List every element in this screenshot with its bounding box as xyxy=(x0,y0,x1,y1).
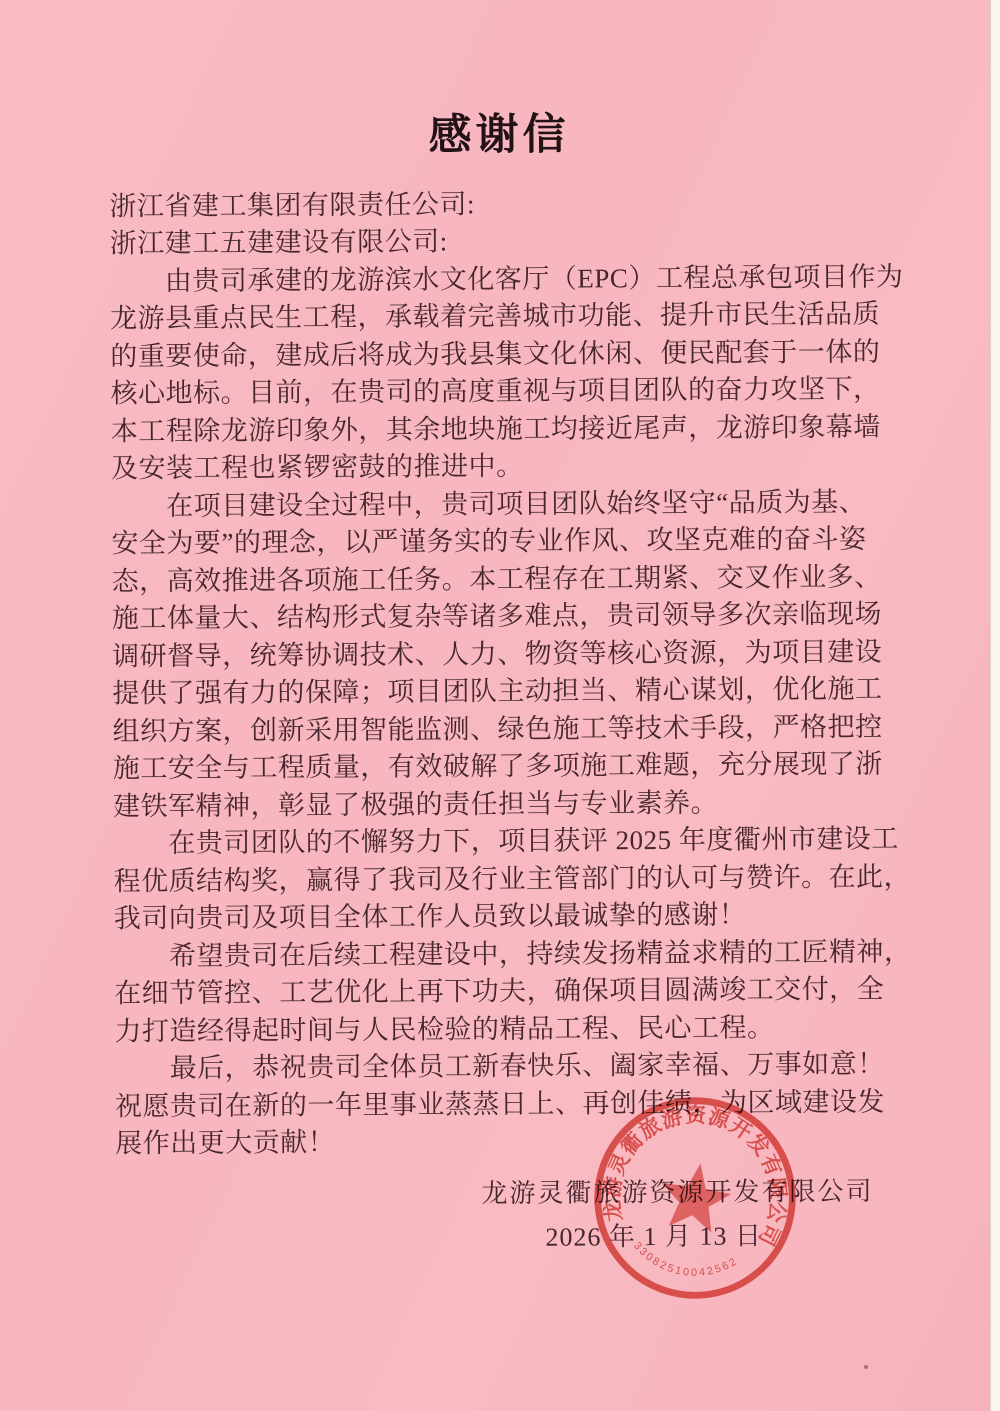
body-line: 及安装工程也紧锣密鼓的推进中。 xyxy=(111,446,891,488)
body-line: 在贵司团队的不懈努力下，项目获评 2025 年度衢州市建设工 xyxy=(113,821,893,863)
body-line: 提供了强有力的保障；项目团队主动担当、精心谋划，优化施工 xyxy=(112,671,892,713)
company-seal: 龙游灵衢旅游资源开发有限公司 33082510042562 xyxy=(573,1076,818,1321)
body-line: 建铁军精神，彰显了极强的责任担当与专业素养。 xyxy=(113,784,893,826)
body-line: 在细节管控、工艺优化上再下功夫，确保项目圆满竣工交付，全 xyxy=(114,971,894,1013)
body-line: 态，高效推进各项施工任务。本工程存在工期紧、交叉作业多、 xyxy=(112,559,892,601)
scan-speck xyxy=(864,1365,868,1369)
addressee-list: 浙江省建工集团有限责任公司:浙江建工五建建设有限公司: xyxy=(109,184,889,264)
letter-content: 感谢信 浙江省建工集团有限责任公司:浙江建工五建建设有限公司: 由贵司承建的龙游… xyxy=(108,0,896,1256)
body-line: 本工程除龙游印象外，其余地块施工均接近尾声，龙游印象幕墙 xyxy=(111,409,891,451)
scan-edge xyxy=(990,0,1000,1411)
body-line: 力打造经得起时间与人民检验的精品工程、民心工程。 xyxy=(114,1009,894,1051)
body-line: 程优质结构奖，赢得了我司及行业主管部门的认可与赞许。在此， xyxy=(113,859,893,901)
body-line: 核心地标。目前，在贵司的高度重视与项目团队的奋力攻坚下， xyxy=(110,371,890,413)
addressee-line: 浙江省建工集团有限责任公司: xyxy=(109,184,889,226)
body-line: 希望贵司在后续工程建设中，持续发扬精益求精的工匠精神， xyxy=(114,934,894,976)
body-line: 最后，恭祝贵司全体员工新春快乐、阖家幸福、万事如意！ xyxy=(115,1046,895,1088)
body-line: 我司向贵司及项目全体工作人员致以最诚挚的感谢！ xyxy=(114,896,894,938)
body-line: 组织方案，创新采用智能监测、绿色施工等技术手段，严格把控 xyxy=(113,709,893,751)
body-line: 由贵司承建的龙游滨水文化客厅（EPC）工程总承包项目作为 xyxy=(110,259,890,301)
letter-title: 感谢信 xyxy=(108,0,889,166)
addressee-line: 浙江建工五建建设有限公司: xyxy=(110,221,890,263)
body-line: 龙游县重点民生工程，承载着完善城市功能、提升市民生活品质 xyxy=(110,296,890,338)
body-line: 安全为要”的理念，以严谨务实的专业作风、攻坚克难的奋斗姿 xyxy=(111,521,891,563)
seal-star-icon xyxy=(655,1158,735,1235)
letter-body: 由贵司承建的龙游滨水文化客厅（EPC）工程总承包项目作为龙游县重点民生工程，承载… xyxy=(110,259,895,1164)
body-line: 施工安全与工程质量，有效破解了多项施工难题，充分展现了浙 xyxy=(113,746,893,788)
letter-page: 感谢信 浙江省建工集团有限责任公司:浙江建工五建建设有限公司: 由贵司承建的龙游… xyxy=(0,0,1000,1411)
body-line: 的重要使命，建成后将成为我县集文化休闲、便民配套于一体的 xyxy=(110,334,890,376)
body-line: 调研督导，统筹协调技术、人力、物资等核心资源，为项目建设 xyxy=(112,634,892,676)
body-line: 施工体量大、结构形式复杂等诸多难点，贵司领导多次亲临现场 xyxy=(112,596,892,638)
body-line: 在项目建设全过程中，贵司项目团队始终坚守“品质为基、 xyxy=(111,484,891,526)
